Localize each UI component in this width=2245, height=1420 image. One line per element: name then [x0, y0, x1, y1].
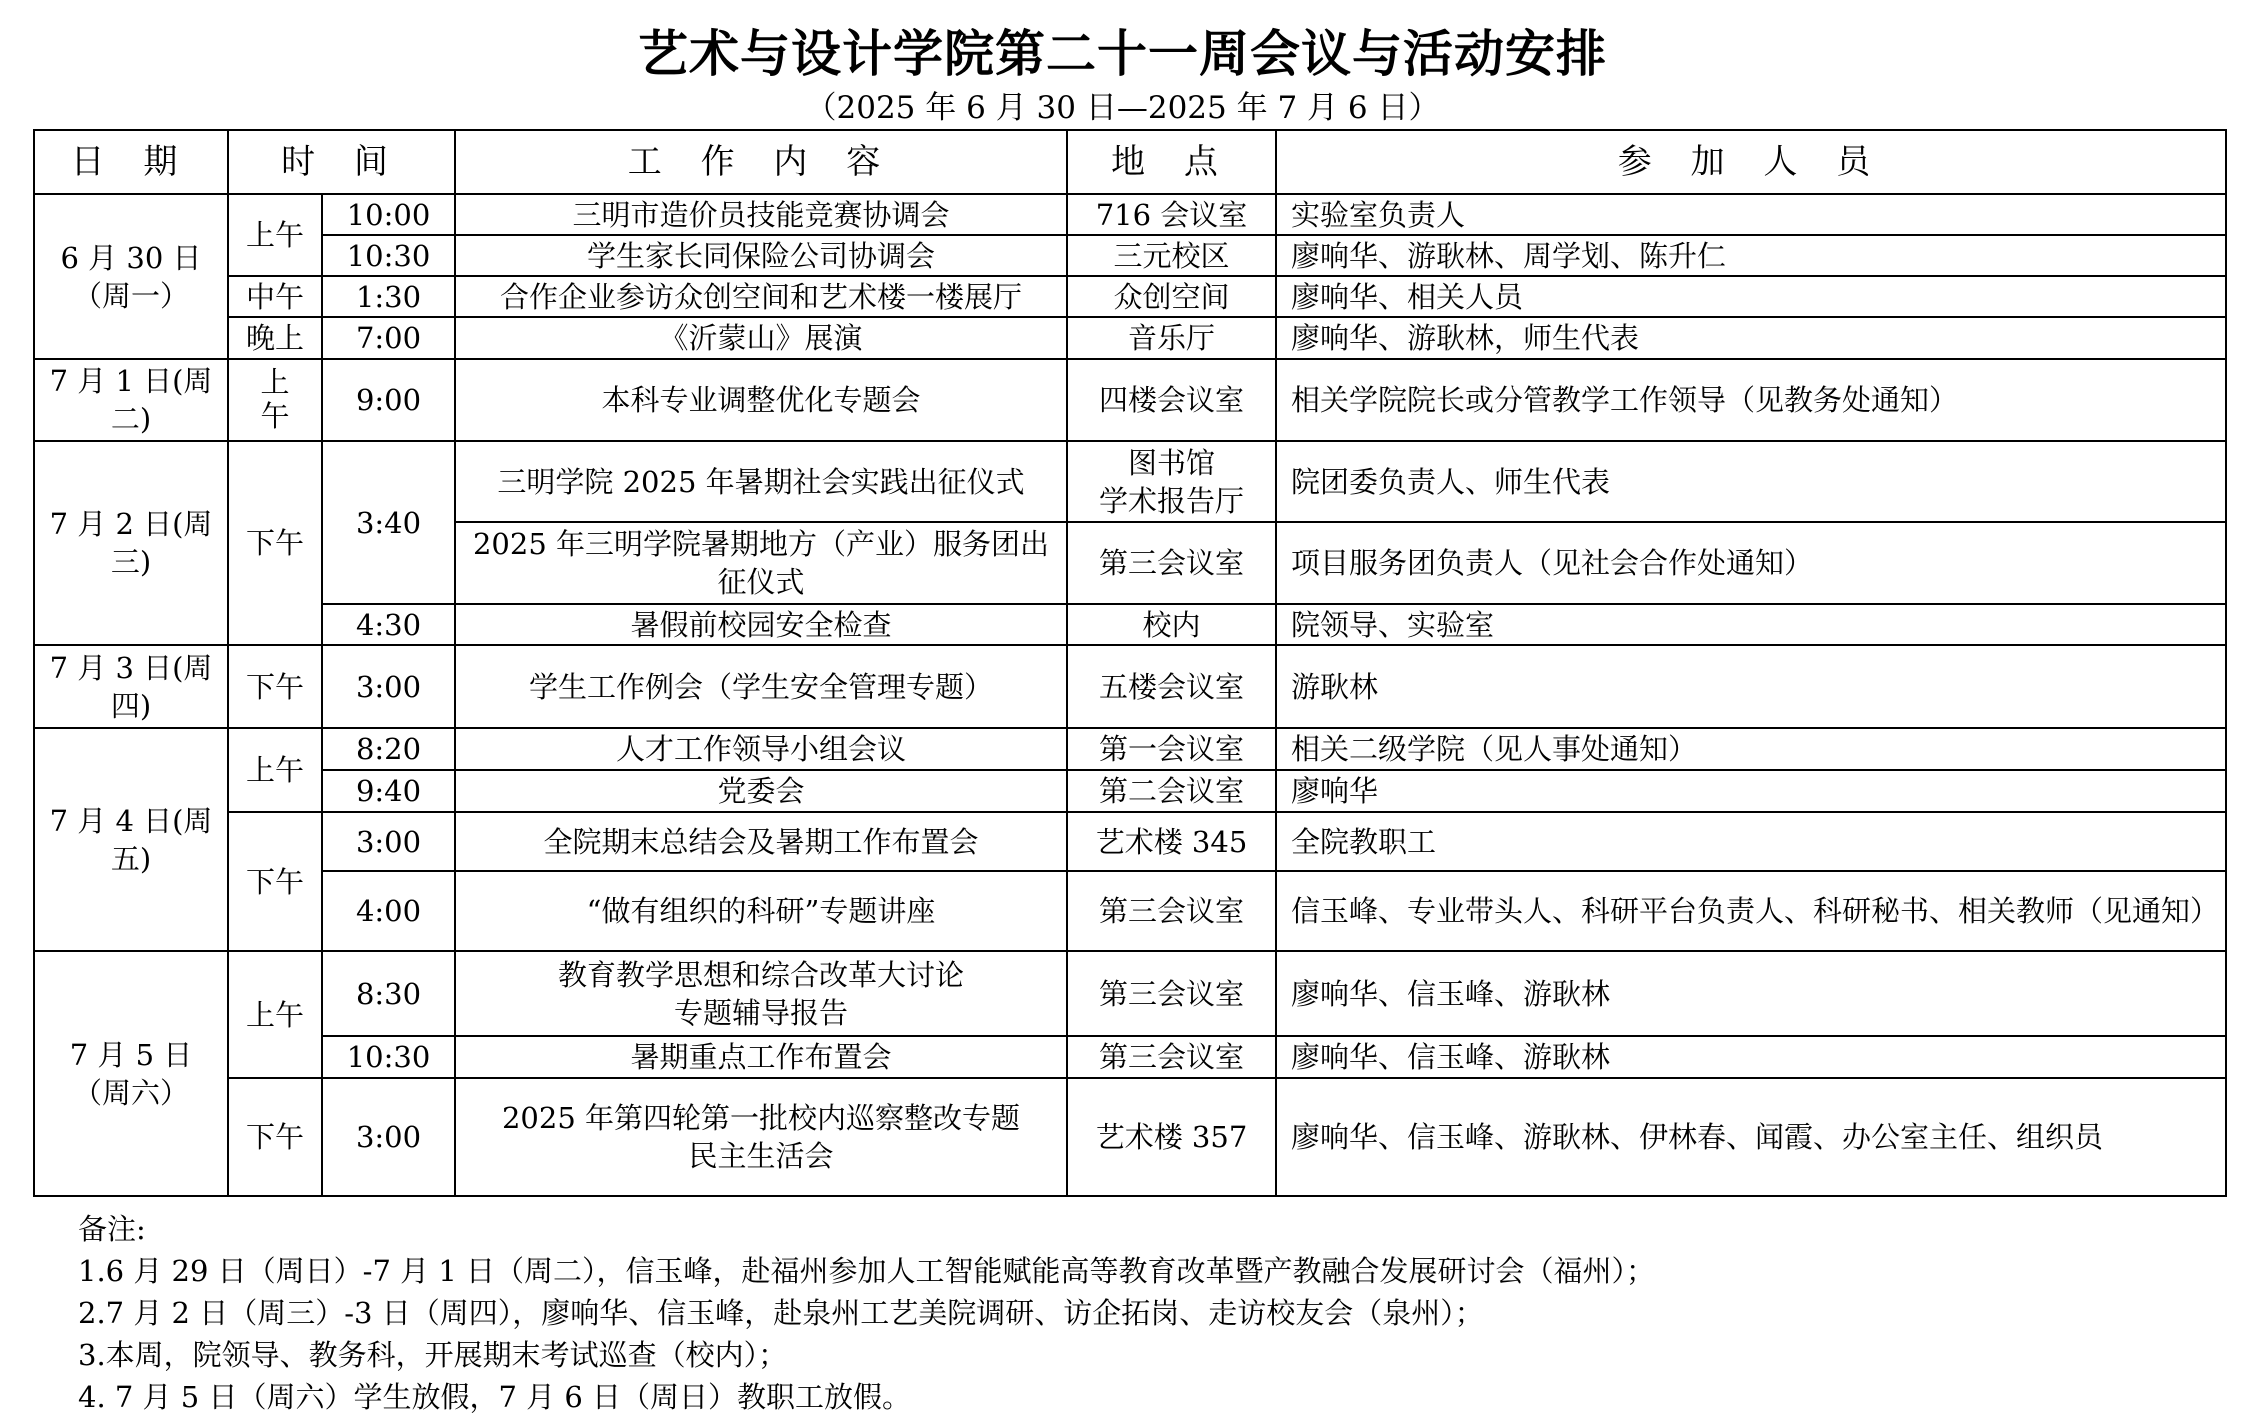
date-cell: 6 月 30 日 （周一）	[34, 194, 228, 359]
period-cell: 上午	[228, 359, 322, 441]
attendees-cell: 廖响华、相关人员	[1276, 276, 2226, 317]
content-cell: 2025 年三明学院暑期地方（产业）服务团出征仪式	[455, 522, 1067, 604]
period-cell: 下午	[228, 812, 322, 951]
content-cell: 本科专业调整优化专题会	[455, 359, 1067, 441]
location-cell: 四楼会议室	[1067, 359, 1276, 441]
time-cell: 9:00	[322, 359, 455, 441]
location-cell: 校内	[1067, 604, 1276, 645]
content-cell: “做有组织的科研”专题讲座	[455, 871, 1067, 951]
location-cell: 第二会议室	[1067, 770, 1276, 812]
location-cell: 众创空间	[1067, 276, 1276, 317]
content-cell: 合作企业参访众创空间和艺术楼一楼展厅	[455, 276, 1067, 317]
time-cell: 7:00	[322, 317, 455, 359]
table-row: 9:40 党委会 第二会议室 廖响华	[34, 770, 2226, 812]
schedule-table: 日 期 时 间 工 作 内 容 地 点 参 加 人 员 6 月 30 日 （周一…	[33, 129, 2227, 1197]
note-item: 4. 7 月 5 日（周六）学生放假，7 月 6 日（周日）教职工放假。	[78, 1376, 1655, 1418]
notes-label: 备注:	[78, 1208, 1655, 1250]
period-cell: 中午	[228, 276, 322, 317]
time-cell: 10:30	[322, 1036, 455, 1078]
location-cell: 艺术楼 345	[1067, 812, 1276, 871]
content-cell: 党委会	[455, 770, 1067, 812]
location-cell: 五楼会议室	[1067, 645, 1276, 728]
date-cell: 7 月 2 日(周三)	[34, 441, 228, 645]
date-cell: 7 月 3 日(周四)	[34, 645, 228, 728]
page-title: 艺术与设计学院第二十一周会议与活动安排	[0, 14, 2245, 86]
table-row: 7 月 1 日(周二) 上午 9:00 本科专业调整优化专题会 四楼会议室 相关…	[34, 359, 2226, 441]
table-row: 6 月 30 日 （周一） 上午 10:00 三明市造价员技能竞赛协调会 716…	[34, 194, 2226, 235]
header-attendees: 参 加 人 员	[1276, 130, 2226, 194]
header-location: 地 点	[1067, 130, 1276, 194]
attendees-cell: 廖响华、游耿林，师生代表	[1276, 317, 2226, 359]
location-cell: 音乐厅	[1067, 317, 1276, 359]
location-cell: 图书馆 学术报告厅	[1067, 441, 1276, 522]
table-header-row: 日 期 时 间 工 作 内 容 地 点 参 加 人 员	[34, 130, 2226, 194]
time-cell: 4:00	[322, 871, 455, 951]
location-cell: 第三会议室	[1067, 951, 1276, 1036]
content-cell: 全院期末总结会及暑期工作布置会	[455, 812, 1067, 871]
time-cell: 9:40	[322, 770, 455, 812]
table-row: 7 月 3 日(周四) 下午 3:00 学生工作例会（学生安全管理专题） 五楼会…	[34, 645, 2226, 728]
note-item: 3.本周，院领导、教务科，开展期末考试巡查（校内）；	[78, 1334, 1655, 1376]
attendees-cell: 廖响华、信玉峰、游耿林	[1276, 951, 2226, 1036]
period-cell: 下午	[228, 645, 322, 728]
time-cell: 1:30	[322, 276, 455, 317]
content-cell: 人才工作领导小组会议	[455, 728, 1067, 770]
content-cell: 《沂蒙山》展演	[455, 317, 1067, 359]
table-row: 7 月 5 日 （周六） 上午 8:30 教育教学思想和综合改革大讨论 专题辅导…	[34, 951, 2226, 1036]
attendees-cell: 廖响华、信玉峰、游耿林	[1276, 1036, 2226, 1078]
notes-section: 备注: 1.6 月 29 日（周日）-7 月 1 日（周二），信玉峰，赴福州参加…	[78, 1208, 1655, 1418]
header-date: 日 期	[34, 130, 228, 194]
content-cell: 学生家长同保险公司协调会	[455, 235, 1067, 276]
time-cell: 3:00	[322, 1078, 455, 1196]
location-cell: 716 会议室	[1067, 194, 1276, 235]
time-cell: 3:00	[322, 645, 455, 728]
content-cell: 暑期重点工作布置会	[455, 1036, 1067, 1078]
date-cell: 7 月 5 日 （周六）	[34, 951, 228, 1196]
period-cell: 上午	[228, 951, 322, 1078]
location-cell: 第一会议室	[1067, 728, 1276, 770]
location-cell: 第三会议室	[1067, 1036, 1276, 1078]
header-time: 时 间	[228, 130, 455, 194]
attendees-cell: 相关二级学院（见人事处通知）	[1276, 728, 2226, 770]
note-item: 2.7 月 2 日（周三）-3 日（周四），廖响华、信玉峰，赴泉州工艺美院调研、…	[78, 1292, 1655, 1334]
content-cell: 教育教学思想和综合改革大讨论 专题辅导报告	[455, 951, 1067, 1036]
attendees-cell: 院领导、实验室	[1276, 604, 2226, 645]
attendees-cell: 相关学院院长或分管教学工作领导（见教务处通知）	[1276, 359, 2226, 441]
table-row: 10:30 暑期重点工作布置会 第三会议室 廖响华、信玉峰、游耿林	[34, 1036, 2226, 1078]
table-row: 4:30 暑假前校园安全检查 校内 院领导、实验室	[34, 604, 2226, 645]
time-cell: 10:30	[322, 235, 455, 276]
period-cell: 晚上	[228, 317, 322, 359]
time-cell: 4:30	[322, 604, 455, 645]
period-cell: 上午	[228, 728, 322, 812]
attendees-cell: 项目服务团负责人（见社会合作处通知）	[1276, 522, 2226, 604]
attendees-cell: 廖响华	[1276, 770, 2226, 812]
date-cell: 7 月 1 日(周二)	[34, 359, 228, 441]
location-cell: 艺术楼 357	[1067, 1078, 1276, 1196]
table-row: 下午 3:00 2025 年第四轮第一批校内巡察整改专题 民主生活会 艺术楼 3…	[34, 1078, 2226, 1196]
period-cell: 下午	[228, 1078, 322, 1196]
table-row: 7 月 2 日(周三) 下午 3:40 三明学院 2025 年暑期社会实践出征仪…	[34, 441, 2226, 522]
attendees-cell: 廖响华、游耿林、周学划、陈升仁	[1276, 235, 2226, 276]
attendees-cell: 院团委负责人、师生代表	[1276, 441, 2226, 522]
date-range-subtitle: （2025 年 6 月 30 日—2025 年 7 月 6 日）	[0, 82, 2245, 127]
location-cell: 第三会议室	[1067, 522, 1276, 604]
content-cell: 2025 年第四轮第一批校内巡察整改专题 民主生活会	[455, 1078, 1067, 1196]
time-cell: 8:20	[322, 728, 455, 770]
period-cell: 下午	[228, 441, 322, 645]
time-cell: 8:30	[322, 951, 455, 1036]
attendees-cell: 游耿林	[1276, 645, 2226, 728]
table-row: 7 月 4 日(周五) 上午 8:20 人才工作领导小组会议 第一会议室 相关二…	[34, 728, 2226, 770]
table-row: 10:30 学生家长同保险公司协调会 三元校区 廖响华、游耿林、周学划、陈升仁	[34, 235, 2226, 276]
note-item: 1.6 月 29 日（周日）-7 月 1 日（周二），信玉峰，赴福州参加人工智能…	[78, 1250, 1655, 1292]
date-cell: 7 月 4 日(周五)	[34, 728, 228, 951]
attendees-cell: 廖响华、信玉峰、游耿林、伊林春、闻霞、办公室主任、组织员	[1276, 1078, 2226, 1196]
time-cell: 3:00	[322, 812, 455, 871]
attendees-cell: 全院教职工	[1276, 812, 2226, 871]
location-cell: 三元校区	[1067, 235, 1276, 276]
content-cell: 学生工作例会（学生安全管理专题）	[455, 645, 1067, 728]
time-cell: 10:00	[322, 194, 455, 235]
attendees-cell: 实验室负责人	[1276, 194, 2226, 235]
content-cell: 三明学院 2025 年暑期社会实践出征仪式	[455, 441, 1067, 522]
location-cell: 第三会议室	[1067, 871, 1276, 951]
attendees-cell: 信玉峰、专业带头人、科研平台负责人、科研秘书、相关教师（见通知）	[1276, 871, 2226, 951]
header-content: 工 作 内 容	[455, 130, 1067, 194]
content-cell: 暑假前校园安全检查	[455, 604, 1067, 645]
table-row: 4:00 “做有组织的科研”专题讲座 第三会议室 信玉峰、专业带头人、科研平台负…	[34, 871, 2226, 951]
time-cell: 3:40	[322, 441, 455, 604]
content-cell: 三明市造价员技能竞赛协调会	[455, 194, 1067, 235]
table-row: 中午 1:30 合作企业参访众创空间和艺术楼一楼展厅 众创空间 廖响华、相关人员	[34, 276, 2226, 317]
table-row: 下午 3:00 全院期末总结会及暑期工作布置会 艺术楼 345 全院教职工	[34, 812, 2226, 871]
period-cell: 上午	[228, 194, 322, 276]
table-row: 晚上 7:00 《沂蒙山》展演 音乐厅 廖响华、游耿林，师生代表	[34, 317, 2226, 359]
